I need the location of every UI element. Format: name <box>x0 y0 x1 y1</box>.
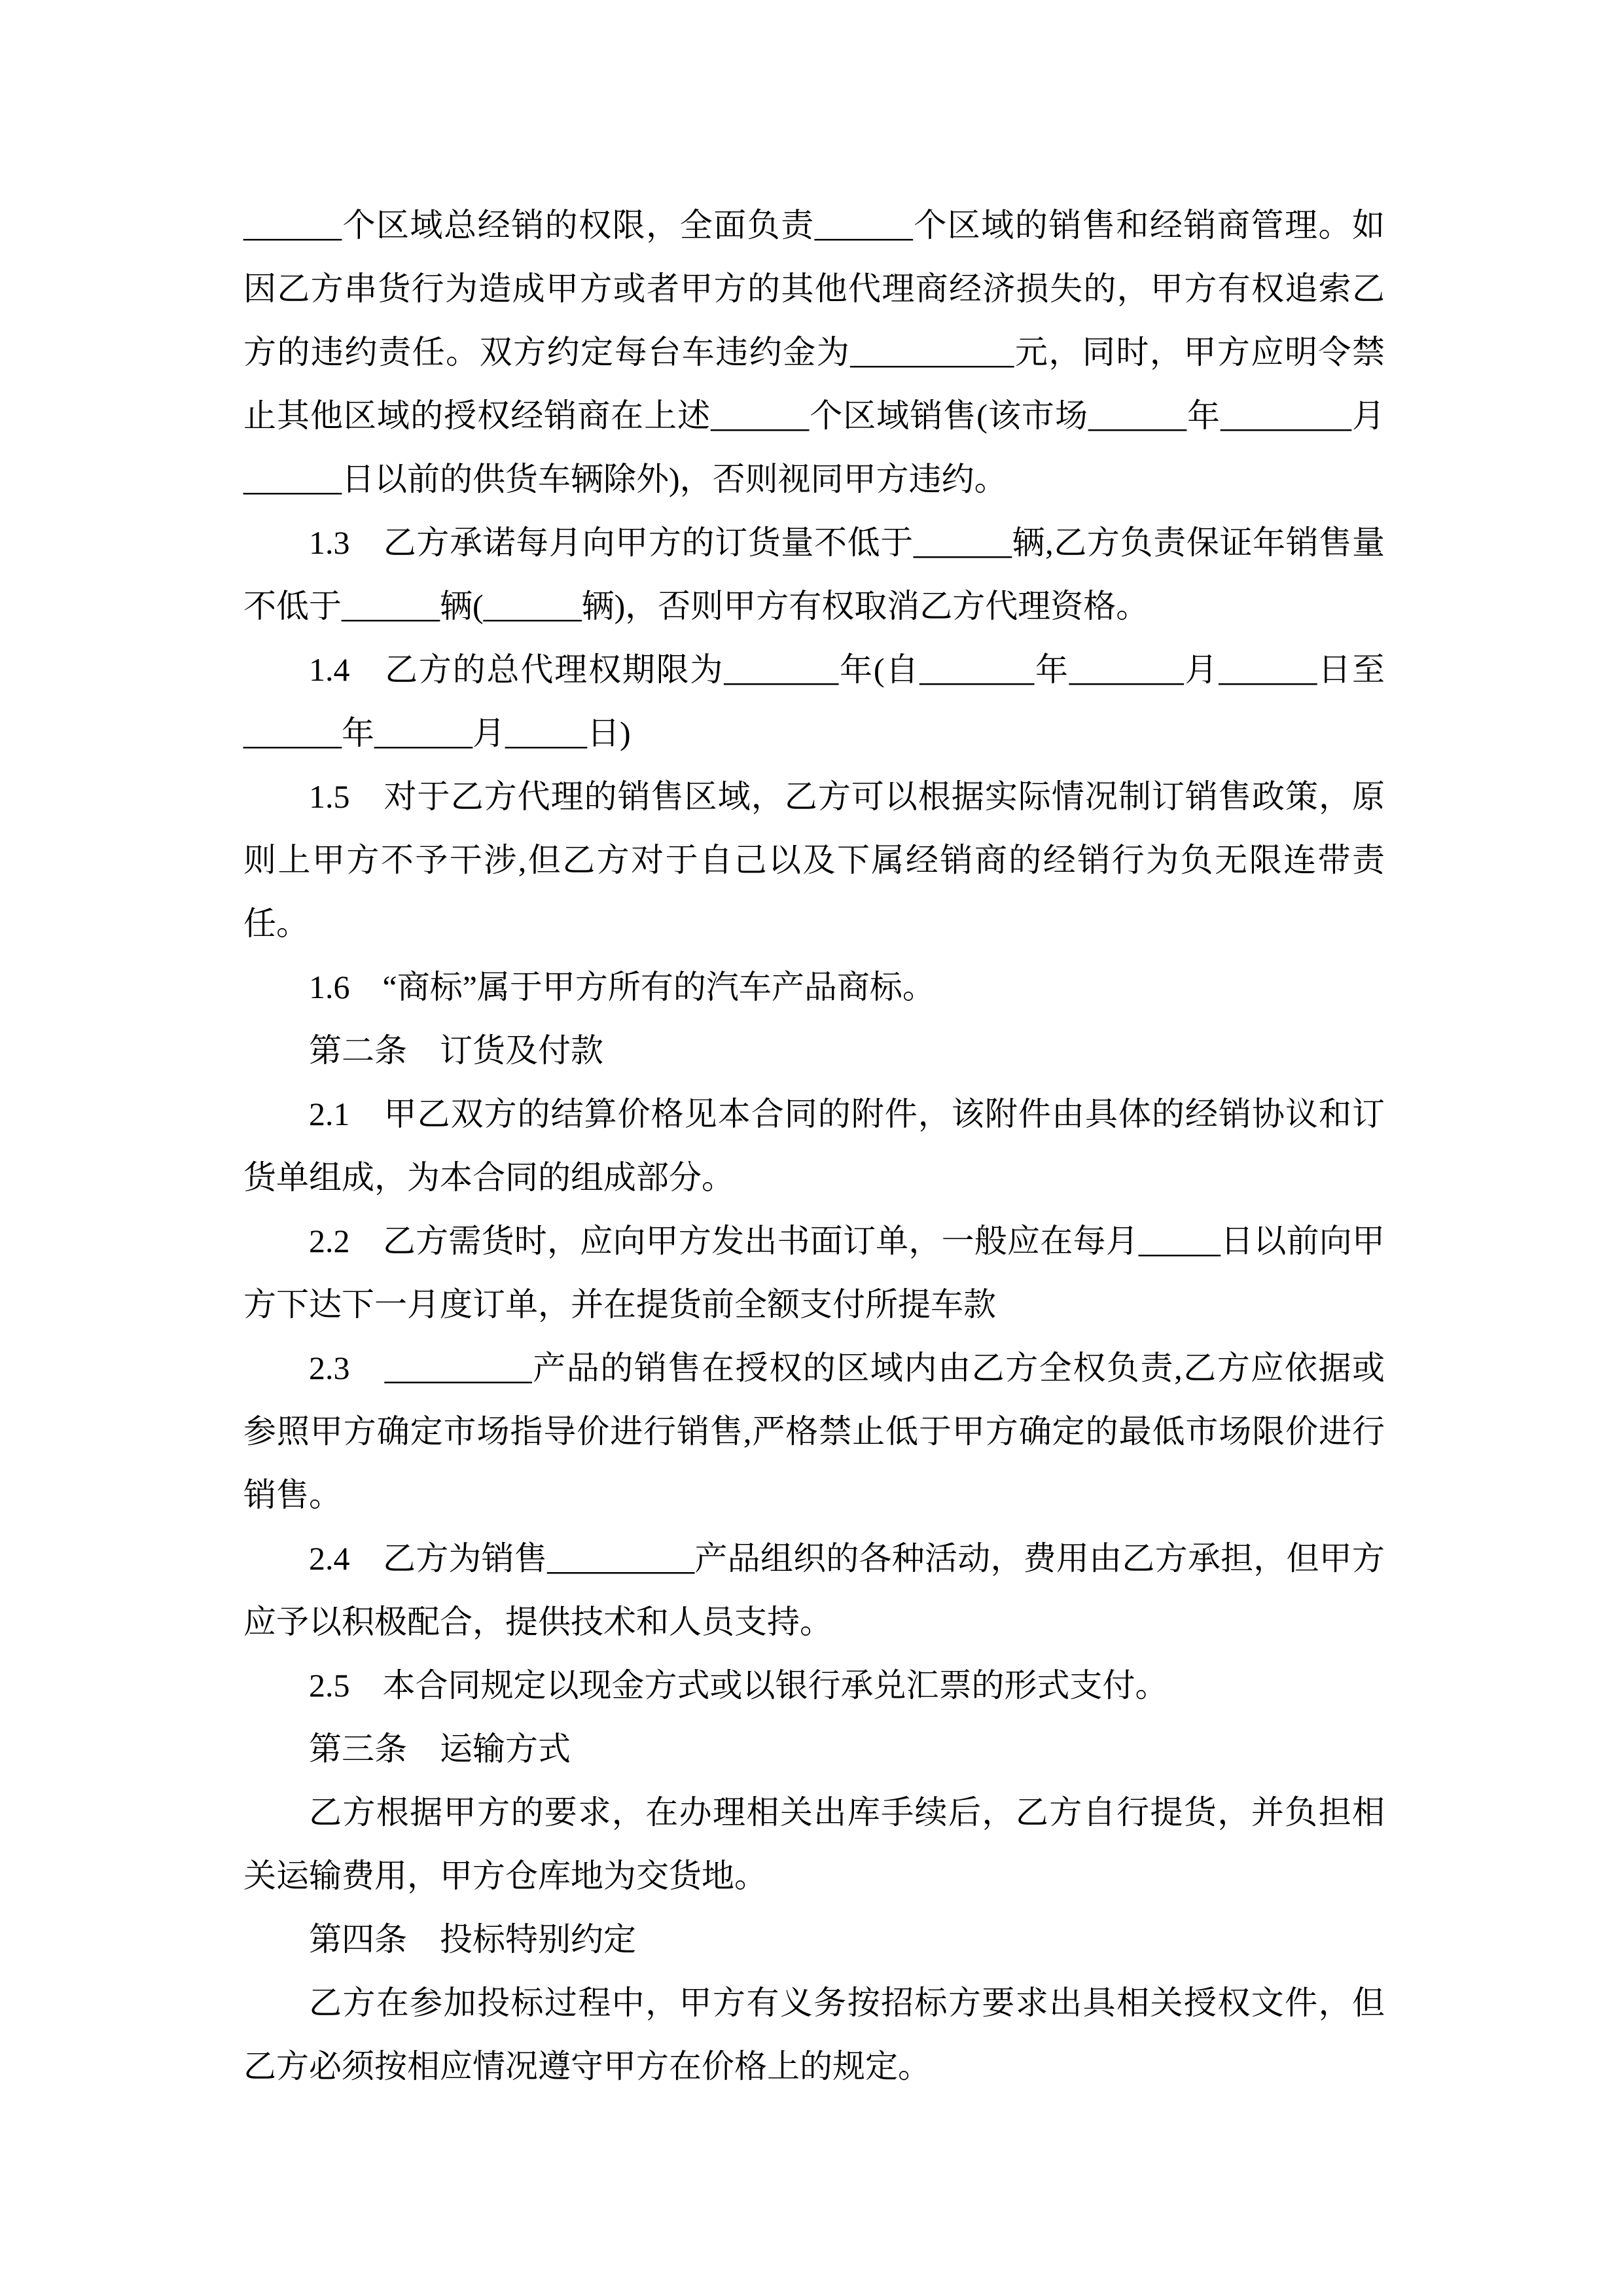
clause-2-4: 2.4 乙方为销售_________产品组织的各种活动，费用由乙方承担，但甲方应… <box>243 1527 1385 1654</box>
heading-article-2: 第二条 订货及付款 <box>243 1019 1385 1083</box>
clause-1-3: 1.3 乙方承诺每月向甲方的订货量不低于______辆,乙方负责保证年销售量不低… <box>243 511 1385 638</box>
clause-2-5: 2.5 本合同规定以现金方式或以银行承兑汇票的形式支付。 <box>243 1654 1385 1717</box>
clause-1-5: 1.5 对于乙方代理的销售区域，乙方可以根据实际情况制订销售政策，原则上甲方不予… <box>243 765 1385 956</box>
document-page: ______个区域总经销的权限，全面负责______个区域的销售和经销商管理。如… <box>0 0 1623 2296</box>
clause-2-1: 2.1 甲乙双方的结算价格见本合同的附件，该附件由具体的经销协议和订货单组成，为… <box>243 1083 1385 1210</box>
heading-article-3: 第三条 运输方式 <box>243 1717 1385 1781</box>
clause-1-6: 1.6 “商标”属于甲方所有的汽车产品商标。 <box>243 956 1385 1019</box>
clause-1-4: 1.4 乙方的总代理权期限为_______年(自_______年_______月… <box>243 638 1385 765</box>
clause-2-2: 2.2 乙方需货时，应向甲方发出书面订单，一般应在每月_____日以前向甲方下达… <box>243 1210 1385 1336</box>
clause-3-body: 乙方根据甲方的要求，在办理相关出库手续后，乙方自行提货，并负担相关运输费用，甲方… <box>243 1781 1385 1908</box>
contract-text-block: ______个区域总经销的权限，全面负责______个区域的销售和经销商管理。如… <box>243 194 1385 2098</box>
clause-1-2-continuation: ______个区域总经销的权限，全面负责______个区域的销售和经销商管理。如… <box>243 194 1385 511</box>
clause-4-body: 乙方在参加投标过程中，甲方有义务按招标方要求出具相关授权文件，但乙方必须按相应情… <box>243 1971 1385 2098</box>
heading-article-4: 第四条 投标特别约定 <box>243 1908 1385 1971</box>
clause-2-3: 2.3 _________产品的销售在授权的区域内由乙方全权负责,乙方应依据或参… <box>243 1336 1385 1527</box>
